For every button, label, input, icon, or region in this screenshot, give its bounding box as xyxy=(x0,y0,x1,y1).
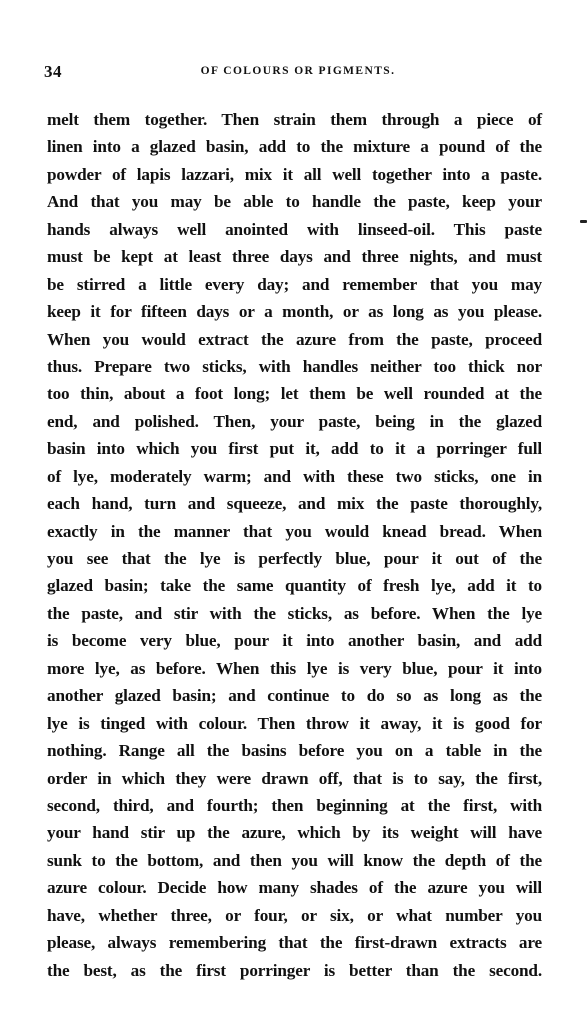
running-title: OF COLOURS OR PIGMENTS. xyxy=(44,65,542,77)
text-line: And that you may be able to handle the p… xyxy=(47,188,542,215)
text-line: second, third, and fourth; then beginnin… xyxy=(47,792,542,819)
text-line: another glazed basin; and continue to do… xyxy=(47,682,542,709)
text-line: thus. Prepare two sticks, with handles n… xyxy=(47,353,542,380)
text-line: glazed basin; take the same quantity of … xyxy=(47,572,542,599)
text-line: have, whether three, or four, or six, or… xyxy=(47,902,542,929)
book-page: 34 OF COLOURS OR PIGMENTS. melt them tog… xyxy=(0,0,587,1023)
text-line: nothing. Range all the basins before you… xyxy=(47,737,542,764)
text-line: is become very blue, pour it into anothe… xyxy=(47,627,542,654)
text-line: basin into which you first put it, add t… xyxy=(47,435,542,462)
text-line: the best, as the first porringer is bett… xyxy=(47,957,542,984)
text-line: When you would extract the azure from th… xyxy=(47,326,542,353)
text-line: hands always well anointed with linseed-… xyxy=(47,216,542,243)
text-line: please, always remembering that the firs… xyxy=(47,929,542,956)
text-line: powder of lapis lazzari, mix it all well… xyxy=(47,161,542,188)
text-line: order in which they were drawn off, that… xyxy=(47,765,542,792)
text-line: your hand stir up the azure, which by it… xyxy=(47,819,542,846)
body-text: melt them together. Then strain them thr… xyxy=(47,106,542,984)
text-line: exactly in the manner that you would kne… xyxy=(47,518,542,545)
text-line: each hand, turn and squeeze, and mix the… xyxy=(47,490,542,517)
text-line: more lye, as before. When this lye is ve… xyxy=(47,655,542,682)
running-header: 34 OF COLOURS OR PIGMENTS. xyxy=(44,62,542,84)
text-line: lye is tinged with colour. Then throw it… xyxy=(47,710,542,737)
text-line: the paste, and stir with the sticks, as … xyxy=(47,600,542,627)
text-line: you see that the lye is perfectly blue, … xyxy=(47,545,542,572)
text-line: sunk to the bottom, and then you will kn… xyxy=(47,847,542,874)
text-line: must be kept at least three days and thr… xyxy=(47,243,542,270)
text-line: too thin, about a foot long; let them be… xyxy=(47,380,542,407)
text-line: linen into a glazed basin, add to the mi… xyxy=(47,133,542,160)
text-line: keep it for fifteen days or a month, or … xyxy=(47,298,542,325)
text-line: azure colour. Decide how many shades of … xyxy=(47,874,542,901)
text-line: be stirred a little every day; and remem… xyxy=(47,271,542,298)
text-line: end, and polished. Then, your paste, bei… xyxy=(47,408,542,435)
text-line: of lye, moderately warm; and with these … xyxy=(47,463,542,490)
margin-mark xyxy=(580,220,587,223)
text-line: melt them together. Then strain them thr… xyxy=(47,106,542,133)
